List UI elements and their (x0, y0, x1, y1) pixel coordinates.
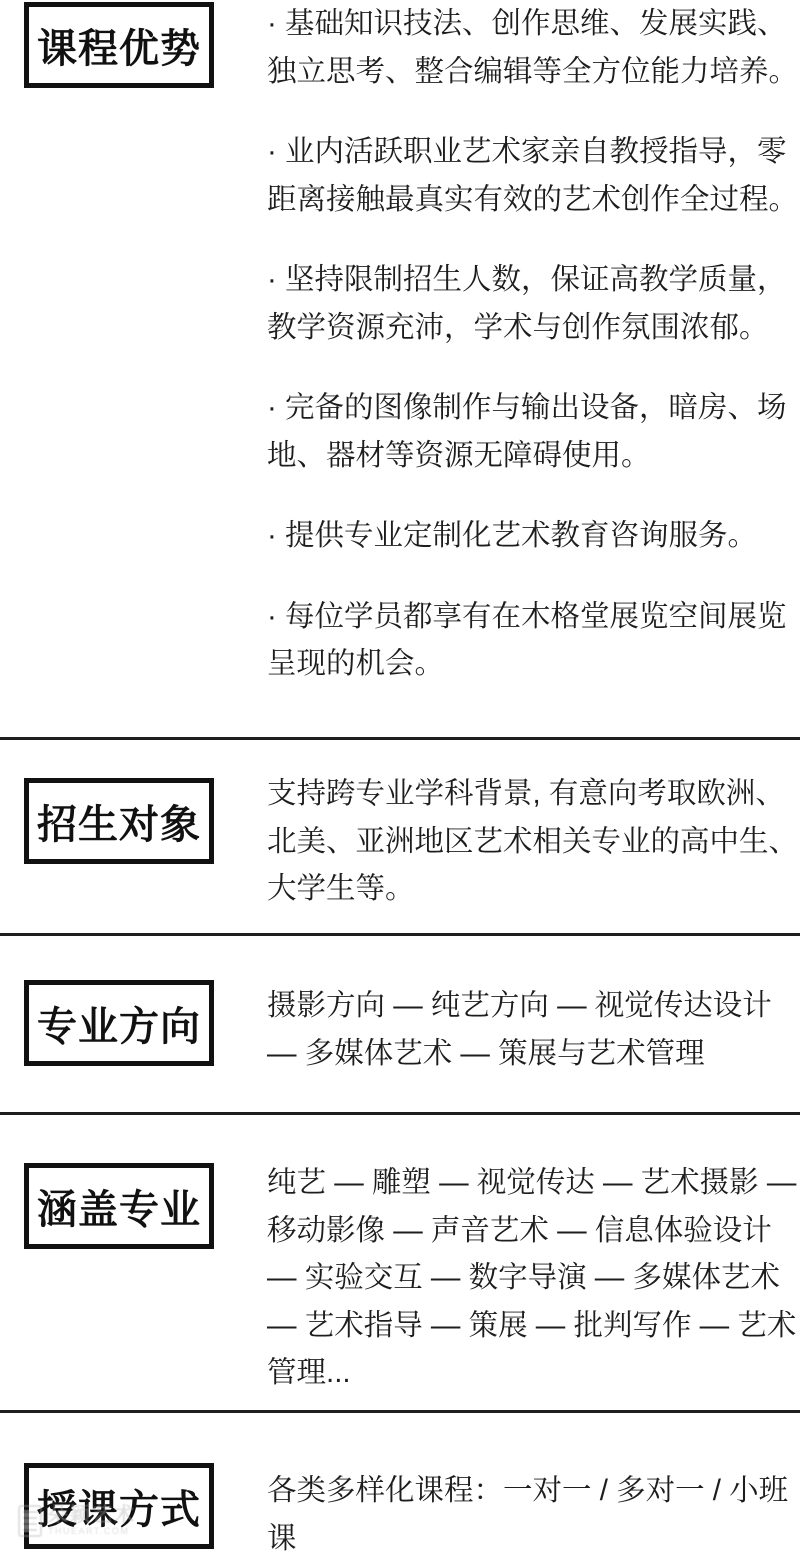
section-label-box: 涵盖专业 (24, 1163, 214, 1249)
section-label: 招生对象 (37, 793, 201, 850)
section-content: 纯艺 — 雕塑 — 视觉传达 — 艺术摄影 — 移动影像 — 声音艺术 — 信息… (267, 1115, 799, 1397)
paragraph: · 提供专业定制化艺术教育咨询服务。 (267, 512, 799, 560)
info-section-1: 课程优势 · 基础知识技法、创作思维、发展实践、独立思考、整合编辑等全方位能力培… (0, 0, 800, 737)
paragraph: · 基础知识技法、创作思维、发展实践、独立思考、整合编辑等全方位能力培养。 (267, 0, 799, 95)
paragraph: 纯艺 — 雕塑 — 视觉传达 — 艺术摄影 — 移动影像 — 声音艺术 — 信息… (267, 1159, 799, 1397)
info-section-4: 涵盖专业 纯艺 — 雕塑 — 视觉传达 — 艺术摄影 — 移动影像 — 声音艺术… (0, 1115, 800, 1410)
section-label: 课程优势 (37, 17, 201, 74)
info-section-3: 专业方向 摄影方向 — 纯艺方向 — 视觉传达设计 — 多媒体艺术 — 策展与艺… (0, 936, 800, 1112)
paragraph: · 完备的图像制作与输出设备，暗房、场地、器材等资源无障碍使用。 (267, 384, 799, 479)
info-section-5: 授课方式 各类多样化课程：一对一 / 多对一 / 小班课 (0, 1413, 800, 1559)
section-label-column: 专业方向 (0, 936, 267, 1066)
section-label-column: 课程优势 (0, 0, 267, 88)
section-label: 涵盖专业 (37, 1178, 201, 1235)
section-label: 授课方式 (37, 1478, 201, 1535)
course-info-poster: 课程优势 · 基础知识技法、创作思维、发展实践、独立思考、整合编辑等全方位能力培… (0, 0, 800, 1559)
section-content: · 基础知识技法、创作思维、发展实践、独立思考、整合编辑等全方位能力培养。· 业… (267, 0, 799, 688)
paragraph: · 坚持限制招生人数，保证高教学质量，教学资源充沛，学术与创作氛围浓郁。 (267, 256, 799, 351)
section-label-box: 专业方向 (24, 980, 214, 1066)
paragraph: 支持跨专业学科背景, 有意向考取欧洲、北美、亚洲地区艺术相关专业的高中生、大学生… (267, 770, 799, 913)
section-label-box: 授课方式 (24, 1463, 214, 1549)
section-content: 摄影方向 — 纯艺方向 — 视觉传达设计 — 多媒体艺术 — 策展与艺术管理 (267, 936, 799, 1077)
section-label-column: 授课方式 (0, 1413, 267, 1549)
section-label: 专业方向 (37, 995, 201, 1052)
paragraph: 摄影方向 — 纯艺方向 — 视觉传达设计 — 多媒体艺术 — 策展与艺术管理 (267, 982, 799, 1077)
section-label-column: 招生对象 (0, 740, 267, 864)
section-label-box: 课程优势 (24, 2, 214, 88)
paragraph: · 业内活跃职业艺术家亲自教授指导，零距离接触最真实有效的艺术创作全过程。 (267, 128, 799, 223)
section-label-box: 招生对象 (24, 778, 214, 864)
paragraph: · 每位学员都享有在木格堂展览空间展览呈现的机会。 (267, 593, 799, 688)
info-section-2: 招生对象 支持跨专业学科背景, 有意向考取欧洲、北美、亚洲地区艺术相关专业的高中… (0, 740, 800, 933)
section-content: 支持跨专业学科背景, 有意向考取欧洲、北美、亚洲地区艺术相关专业的高中生、大学生… (267, 740, 799, 913)
section-label-column: 涵盖专业 (0, 1115, 267, 1249)
paragraph: 各类多样化课程：一对一 / 多对一 / 小班课 (267, 1467, 799, 1559)
section-content: 各类多样化课程：一对一 / 多对一 / 小班课 (267, 1413, 799, 1559)
